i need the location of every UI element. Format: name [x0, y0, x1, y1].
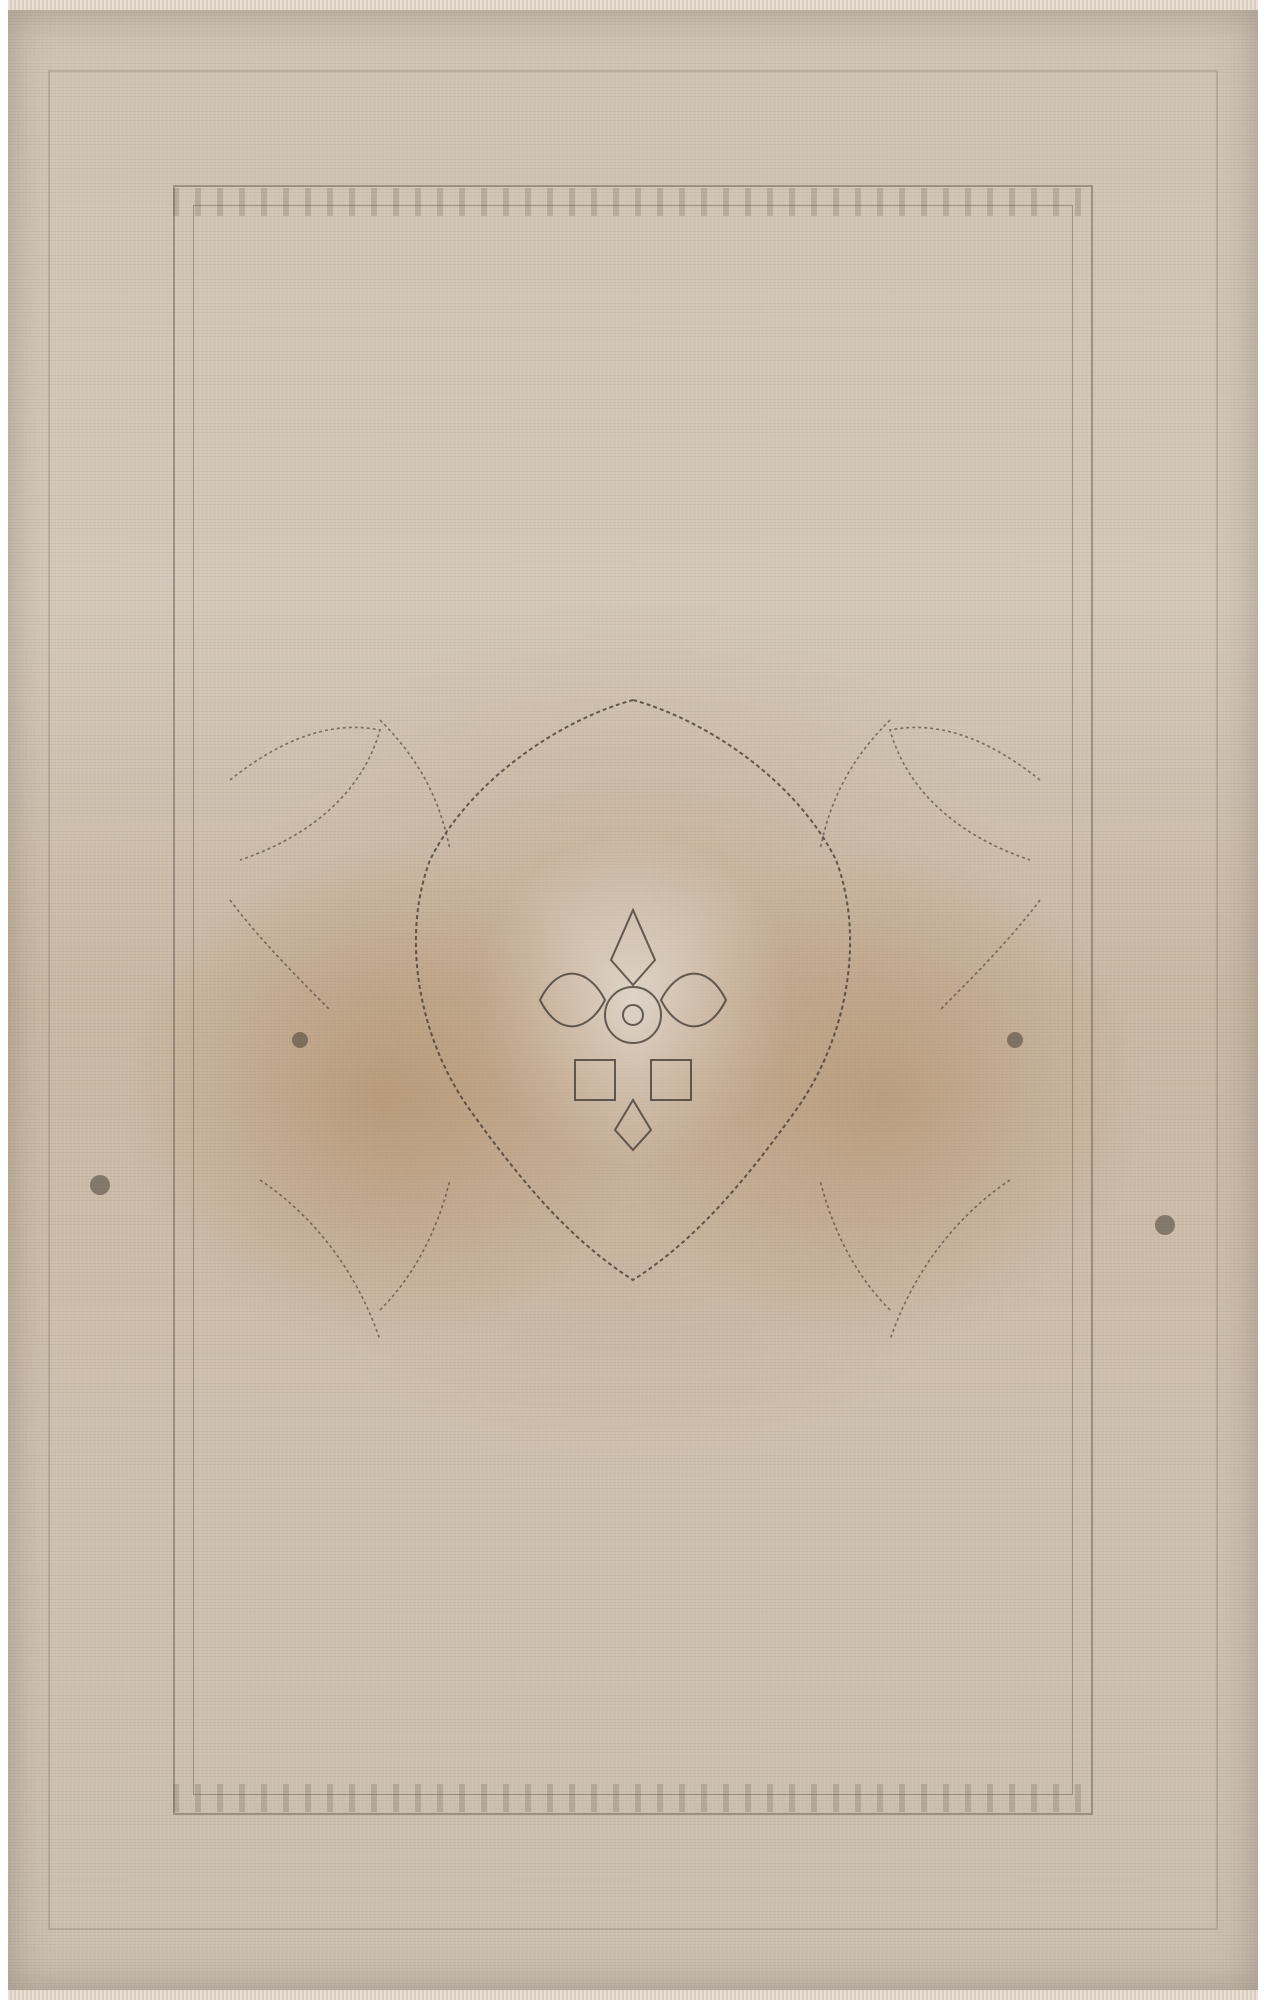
central-medallion-icon: [0, 0, 1267, 2000]
